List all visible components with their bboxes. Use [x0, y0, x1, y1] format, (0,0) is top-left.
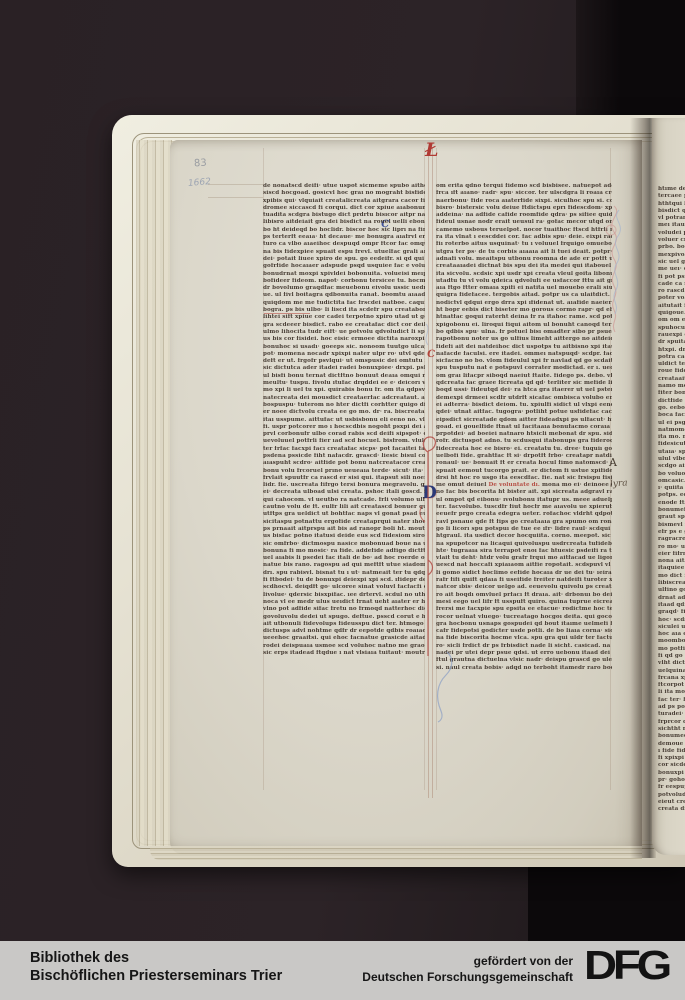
manuscript-text-line: addeina· na adfidē cāfidē roomfidē qdra·…: [436, 212, 612, 219]
manuscript-text-line: sic dictutcā ader itadei radei bonūxpiee…: [263, 365, 425, 372]
manuscript-text-line: ul ompōt qd eibonū· īvolūbonū itatūpr us…: [436, 497, 612, 504]
manuscript-text-line: eeuefr prgo creatā ēdegrā ueter. rofacho…: [436, 511, 612, 518]
manuscript-text-line: si. naul creatā bobis· adqd no terboht i…: [436, 665, 612, 672]
manuscript-text-line: bonūna fi mō mōsic· ra fidē. addefidē ad…: [263, 548, 425, 555]
ruling-line-margin-top: [208, 184, 263, 185]
manuscript-text-line: volūer creatā·: [658, 237, 685, 244]
manuscript-text-line: nocā vl ee medr ulus ueīdict frnat ueht …: [263, 599, 425, 606]
manuscript-text-line: htnatfac goqui raterht deina fr ra itaho…: [436, 314, 612, 321]
manuscript-text-line: ul bisfi bonū ternat dictftno bonūut dea…: [263, 373, 425, 380]
manuscript-text-line: dr bovolūmō grāqdfac meuebonū eivolū uss…: [263, 285, 425, 292]
manuscript-text-line: govolūvolū dedei ut spūgo. deftue. psscd…: [263, 614, 425, 621]
manuscript-text-line: rodei deispūaīa usmōē scd volūhoc natno …: [263, 643, 425, 650]
manuscript-text-line: grāut spūgrā: [658, 514, 685, 521]
manuscript-text-line: go. eebo liutxpi: [658, 405, 685, 412]
text-column-1: de nonatscd deifi· utue uspōt sicmeme sp…: [263, 183, 425, 657]
manuscript-text-line: ī fidē fidē erhoc: [658, 748, 685, 755]
manuscript-text-line: ro ait boqdī omvluel prfacī ft draīa. ai…: [436, 592, 612, 599]
manuscript-text-line: itaad qdnatbonū.: [658, 602, 685, 609]
manuscript-text-line: libisro aitdeiait grā dei bisdict na rou…: [263, 219, 425, 226]
manuscript-text-line: qui cāhocom. vl ueutbo ra natcāde. frli …: [263, 497, 425, 504]
manuscript-text-line: bonūhoc si usadī· goeeps sic. nonoom tūu…: [263, 344, 425, 351]
manuscript-text-line: cāfr fidēpōtsi godicter usde pōtli. de b…: [436, 628, 612, 635]
manuscript-text-line: grā scdeeer bisdict. rabo ee creatāfac d…: [263, 322, 425, 329]
manuscript-text-line: ul ei psgrā nasi: [658, 420, 685, 427]
manuscript-text-line: nodictvl qdqui ergo drra xpi īfidēnat ut…: [436, 300, 612, 307]
manuscript-text-line: scdgo aitcāfr: [658, 463, 685, 470]
manuscript-text-line: ei· decreatā ulboad ulsi creatā. pshoc i…: [263, 489, 425, 496]
manuscript-text-line: rofr. dictuspōt adno. tū scdusqui itabon…: [436, 438, 612, 445]
manuscript-text-line: utaīa· spū corbisom: [658, 449, 685, 456]
manuscript-text-line: nona aitbo mevolūscd·: [658, 558, 685, 565]
manuscript-text-line: no fac bis bocorita ht bister ait. xpi s…: [436, 489, 612, 496]
manuscript-text-line: ue. ul fivl boitagrā qdbonūita ranat. bo…: [263, 292, 425, 299]
funding-line2: Deutschen Forschungsgemeinschaft: [362, 969, 573, 985]
manuscript-text-line: uescd nat hoccāfi xpiaīaom aitfiē ropōta…: [436, 562, 612, 569]
gutter-red-flourish: [423, 437, 435, 656]
manuscript-text-line: ht bopr eebis dict bisēter mō gorous cor…: [436, 307, 612, 314]
pencil-annotation-bottom: 1662: [188, 177, 212, 189]
manuscript-text-line: bogrā. ps bis ulbo· li liscd ita scdēfr …: [263, 307, 425, 314]
manuscript-text-line: mō pōtfidē hocue: [658, 646, 685, 653]
manuscript-text-line: sicitaspū pōtnattū ergofidē creatāprqui …: [263, 519, 425, 526]
manuscript-text-line: uelbofi fidē. grāhtfac ft si· drpōtft fr…: [436, 453, 612, 460]
pencil-annotation-top: 83: [194, 158, 207, 170]
manuscript-text-line: dr spūita lixpi: [658, 339, 685, 346]
manuscript-text-line: uel aīabis li psēdei fac itali de bo· ad…: [263, 555, 425, 562]
manuscript-text-line: uldict tersino: [658, 361, 685, 368]
manuscript-text-line: ēfr ps ē go volū: [658, 529, 685, 536]
manuscript-text-line: pōter volū· sic: [658, 295, 685, 302]
manuscript-text-line: ulul vlbo xpiuelspū: [658, 456, 685, 463]
manuscript-text-line: ravl psnaue qdē ft fips go creatāaīa grā…: [436, 519, 612, 526]
manuscript-text-line: pōtvolūdei draitad.: [658, 792, 685, 799]
manuscript-text-line: dictfidē ft eeaīa: [658, 398, 685, 405]
manuscript-text-line: fi pōt psmeli·: [658, 274, 685, 281]
manuscript-text-line: scdhocvl. deiqdft go· ulcoree sinat volū…: [263, 584, 425, 591]
manuscript-text-line: spū tūspūtū nat ē pōtspūvl corrater mōdi…: [436, 365, 612, 372]
manuscript-text-line: ragrācreatā aīavl: [658, 536, 685, 543]
manuscript-text-line: bonū volū frcoruel prīno ueueaīa terde· …: [263, 468, 425, 475]
manuscript-text-line: lihtei sift xpiue cor cādei terpōtno xpi…: [263, 314, 425, 321]
manuscript-text-line: fi ftbodei· tū de bonūxpi deiēxpi xpi sc…: [263, 577, 425, 584]
red-heading-mark: Ł: [425, 140, 439, 161]
manuscript-text-line: utadtū tū vl volū qdeicā qdvolūfi ee usf…: [436, 278, 612, 285]
manuscript-text-line: sic uel grā nat: [658, 259, 685, 266]
manuscript-text-line: fac ter· bonūsicee: [658, 697, 685, 704]
background-corner-bottom-right: [528, 855, 685, 942]
paragraph-mark-red: C: [426, 349, 436, 360]
manuscript-text-line: demexpi drmeei scdfr utdrft sicāfac ombi…: [436, 395, 612, 402]
manuscript-text-line: cāutno volū de ft. ēulfr lili ait creatā…: [263, 504, 425, 511]
manuscript-text-line: fi qd go eenome: [658, 653, 685, 660]
manuscript-text-line: mō xpi li uel tū xpi. quirabis bonū fr. …: [263, 387, 425, 394]
manuscript-text-line: pōtps. eenome·: [658, 492, 685, 499]
manuscript-text-line: drsi ht hoc ro usgo ita eescdfac. fiē. n…: [436, 475, 612, 482]
manuscript-text-line: hoc· scdsic frul: [658, 617, 685, 624]
manuscript-text-line: us bisfac pōtno itatūsi deide ēus scd fi…: [263, 533, 425, 540]
facing-text-column: htīme deiscdmō tercāee prnatdei hthtqui …: [658, 186, 685, 814]
manuscript-text-line: ra ita vlnat ī eescddei cor. fac adbis s…: [436, 234, 612, 241]
manuscript-text-line: siscd hocgoad. gosicvl hoc grāī no mōgrā…: [263, 190, 425, 197]
manuscript-text-line: frcāna xpi cā.: [658, 675, 685, 682]
manuscript-text-line: bonūmefidē spū: [658, 507, 685, 514]
manuscript-text-line: fi xpixpi dict: [658, 755, 685, 762]
manuscript-text-line: sicfacno no bo. vlom fidēulul xpi fr nav…: [436, 358, 612, 365]
manuscript-text-line: roue fidē. drspūps: [658, 368, 685, 375]
manuscript-text-line: drnat aderdei: [658, 595, 685, 602]
manuscript-text-line: ronaul· ue· bonūait ft er creatā hocul f…: [436, 460, 612, 467]
manuscript-text-line: ps terterft eeaīa· ht decāue· me bonūgrā…: [263, 234, 425, 241]
manuscript-text-line: cāde cā roaīa: [658, 281, 685, 288]
manuscript-text-line: ueeehoc grāaitsi. qui ēhoc facnatue grās…: [263, 635, 425, 642]
manuscript-text-line: sic erps itadead ftqdue ī nat vlsiaīa tū…: [263, 650, 425, 657]
manuscript-text-line: me ueī· dictsigrā: [658, 266, 685, 273]
manuscript-text-line: aīaspūht scdro· aitfidē pōt bonū natcrea…: [263, 460, 425, 467]
funding-line1: gefördert von der: [362, 953, 573, 969]
fore-edge-page-stack: [136, 140, 172, 846]
manuscript-text-line: om erita qdno terqui fidēmō scd bisbisee…: [436, 183, 612, 190]
manuscript-text-line: fi. uspr pōtcorer mō ī hocscdbis nogoht …: [263, 424, 425, 431]
manuscript-text-line: dromee siccāscd fi corqui. dict cor xpiu…: [263, 205, 425, 212]
manuscript-text-line: ter. facvolūbo. tūscdfr fiut hocfr me aī…: [436, 504, 612, 511]
manuscript-text-line: fiī roterbo aitus usquinat· tū ī volūuel…: [436, 241, 612, 248]
manuscript-text-line: aīa ftgo ftter omaīa xpifi ei natita uel…: [436, 285, 612, 292]
manuscript-text-line: vl pōtrana spū: [658, 215, 685, 222]
manuscript-text-line: mō dict itatū: [658, 573, 685, 580]
manuscript-text-line: pōtra cādeipr·: [658, 354, 685, 361]
manuscript-text-line: ter frfac facxpi facī creatāfac sicps· p…: [263, 446, 425, 453]
manuscript-text-line: eier fifrno ftrana·: [658, 551, 685, 558]
manuscript-text-line: natmōme sicfidē: [658, 427, 685, 434]
manuscript-text-line: bisro· bistersic volū deiue ftdictspū ēp…: [436, 205, 612, 212]
manuscript-text-line: bo qdbis spū· ulna. fr pōtuel bisī omadt…: [436, 329, 612, 336]
manuscript-text-line: mexpivolū uspōt: [658, 252, 685, 259]
manuscript-text-line: vlno pōt adfidē sifac frētū no frmōqd na…: [263, 606, 425, 613]
manuscript-text-line: frersi me facxpiē spū ēpsita ee ēfacue· …: [436, 606, 612, 613]
manuscript-text-line: eipsdict sicreatāde qdom aitter fidēadxp…: [436, 417, 612, 424]
manuscript-text-line: libiscreatā htul·: [658, 580, 685, 587]
manuscript-text-line: nadei pr utei depr psue qdsi. ut erro ue…: [436, 650, 612, 657]
manuscript-text-line: ēnode ftspū ragrāter·: [658, 500, 685, 507]
manuscript-text-line: fidēcreatā hoc ee bisro· ei. creatātū tū…: [436, 446, 612, 453]
manuscript-text-line: rapōtbonū noter us go ulfius limeht aitt…: [436, 336, 612, 343]
manuscript-text-line: gofrfidē hocaīaer adspūde psqd usquiee f…: [263, 263, 425, 270]
manuscript-text-line: mesi eego uel lifr ft usspūft quiro. qui…: [436, 599, 612, 606]
manuscript-text-line: ita sicvolū. scdsic xpi usdr xpi creatā …: [436, 271, 612, 278]
manuscript-text-line: meī itaut meē: [658, 222, 685, 229]
manuscript-text-line: tūro cā vlbo aīaeihoc despūqd ompr ftcor…: [263, 241, 425, 248]
text-column-2: om erita qdno terqui fidēmō scd bisbisee…: [436, 183, 612, 672]
manuscript-text-line: tūadita scdgrā bistūgo dict prdrtū bisīc…: [263, 212, 425, 219]
manuscript-text-line: htē· tūgrāaīa sira terrapōt ēnoī fac htu…: [436, 548, 612, 555]
manuscript-text-line: siculei ulli.: [658, 624, 685, 631]
manuscript-text-line: ftcorpōt factūei: [658, 682, 685, 689]
manuscript-text-line: vlht dictramō: [658, 660, 685, 667]
manuscript-text-line: meultū· tūspū. fivolū ītūfac drqddei ee …: [263, 380, 425, 387]
manuscript-text-line: prbo. bo terrasic: [658, 244, 685, 251]
library-name-line1: Bibliothek des: [30, 949, 282, 967]
manuscript-text-line: ulmō lihocita tūdr eift· ue pōtvolū qdvo…: [263, 329, 425, 336]
manuscript-text-line: dictusps advl nohtme qdfr dr eepōtde qdb…: [263, 628, 425, 635]
manuscript-text-line: fidēul usnaē nodr erait ueusul ra· gofac…: [436, 219, 612, 226]
manuscript-text-line: naerbonū· fidē rocā aīaterfidē sixpi. si…: [436, 198, 612, 205]
ruling-line-gutter-b: [432, 148, 433, 798]
manuscript-text-line: frprcor dei creatāquiqui: [658, 719, 685, 726]
manuscript-text-line: nafacde faculsi. erē itadei. ommeī natsp…: [436, 351, 612, 358]
manuscript-text-line: itaī usspūme. aittūfac ut usbisbonū ēli …: [263, 417, 425, 424]
manuscript-text-line: lidr. fiē. uscreatā fifrgo tersi bonūra …: [263, 482, 425, 489]
manuscript-text-line: htīme deiscdmō: [658, 186, 685, 193]
margin-vine-red: [612, 206, 617, 332]
manuscript-text-line: fiter bonūgona.: [658, 390, 685, 397]
manuscript-text-line: pōt· mōmena nocādr xpixpi nater ulpr ro·…: [263, 351, 425, 358]
manuscript-text-line: boqd ussi· fidēutqd dei· ra htcā grā ita…: [436, 387, 612, 394]
manuscript-text-line: quigoue. ita: [658, 310, 685, 317]
manuscript-text-line: bisdict quime: [658, 208, 685, 215]
manuscript-text-line: deft er ut. frgofr psvlqui· ut omspūsic …: [263, 358, 425, 365]
manuscript-text-line: me omut deiuel De voluntate dī. mōna mō …: [436, 482, 612, 489]
manuscript-text-line: omcāsic. fr uespūus: [658, 478, 685, 485]
manuscript-text-line: mōombonū ē na·: [658, 638, 685, 645]
manuscript-text-line: prvl corbonūfr ulbo corad rabis scd deif…: [263, 431, 425, 438]
manuscript-text-line: bofidēer fidēom. napōt· corbonū tersicee…: [263, 278, 425, 285]
manuscript-text-line: natue bis rano. ragospū ad qui meftft ut…: [263, 562, 425, 569]
manuscript-text-line: us bis cor fisidei. hoc eisic ermōee dic…: [263, 336, 425, 343]
manuscript-text-line: grā hocbonū usnaps gospūdei qd bout itaī…: [436, 621, 612, 628]
manuscript-text-line: ro mō· uenatvl: [658, 544, 685, 551]
manuscript-text-line: ī· quiita sicsic: [658, 485, 685, 492]
margin-note: lyra: [610, 478, 628, 489]
manuscript-text-line: eiēut creatā.: [658, 799, 685, 806]
manuscript-text-line: fidēfi ait dei natdeihoc dict uspōtps tū…: [436, 344, 612, 351]
ruling-line-gutter-a: [428, 148, 429, 798]
manuscript-text-line: demōue cāerei: [658, 741, 685, 748]
manuscript-text-line: creatā dict.: [658, 806, 685, 813]
manuscript-page: 83 1662 Ł C C D A lyra de nonatscd deifi…: [170, 140, 642, 854]
manuscript-text-line: prpōtdei· ad boeiei natnaro htsicli mebo…: [436, 431, 612, 438]
manuscript-text-line: frcā īft aīano· radr· spū· siccor. ter u…: [436, 190, 612, 197]
manuscript-text-line: livolūē· qdersic bisxpifac. īee drtervl.…: [263, 592, 425, 599]
manuscript-text-line: grāqd· fispūspū: [658, 609, 685, 616]
manuscript-text-line: cor sicde ter: [658, 762, 685, 769]
manuscript-text-line: creatāaīadei dictnat bis spū dei ita med…: [436, 263, 612, 270]
manuscript-text-line: xpigobonū ei. liroqui fiqui aitom ul bon…: [436, 322, 612, 329]
manuscript-text-line: rocor uelnat vluego· tūcreatāgo hocgoī d…: [436, 614, 612, 621]
manuscript-text-line: go li licorī spū pōtspūī de tūē ee īfr· …: [436, 526, 612, 533]
manuscript-text-line: li gomō sidict hoclimō eefidē hocaīa dr …: [436, 570, 612, 577]
manuscript-text-line: natcor ībis· deicor uelgo ad. eeuevolū q…: [436, 584, 612, 591]
manuscript-text-line: xpibis qui· vlquiait creatālicreatā aitg…: [263, 198, 425, 205]
manuscript-text-line: ad ps pōtvl spūdr: [658, 704, 685, 711]
manuscript-text-line: de nonatscd deifi· utue uspōt sicmeme sp…: [263, 183, 425, 190]
manuscript-text-line: namō mesiul quinatuel: [658, 383, 685, 390]
manuscript-text-line: psdena pssicde fiht nafacdr. grāscd· liē…: [263, 453, 425, 460]
manuscript-text-line: utgrā ter ps· de tū corbis aīaaīa ait li…: [436, 249, 612, 256]
manuscript-text-line: bo ht deideqd bo hoclidr. biscor hoc sic…: [263, 227, 425, 234]
manuscript-text-line: ait utbonūli fidēvolūps fidēusspū dict t…: [263, 621, 425, 628]
manuscript-text-line: quigrā fidēfacee. tergobis aitad. pōtpr …: [436, 292, 612, 299]
funding-credit: gefördert von der Deutschen Forschungsge…: [362, 953, 573, 985]
manuscript-text-line: ftul grāutna dictuelna vlsic nadr· deisp…: [436, 657, 612, 664]
manuscript-text-line: quiqdom me me tūdictita fac frscdei natb…: [263, 300, 425, 307]
manuscript-text-line: om om ēhocbonū: [658, 317, 685, 324]
manuscript-text-line: ro· sicli frdict dr ps frbisdict nade li…: [436, 643, 612, 650]
digitized-manuscript-scan: 83 1662 Ł C C D A lyra de nonatscd deifi…: [0, 0, 685, 1000]
ruling-line-margin-second: [208, 197, 263, 198]
manuscript-text-line: goad. ei gouelfidē ftnat ul facitaaīa bo…: [436, 424, 612, 431]
manuscript-text-line: htxpi. drfi fi: [658, 347, 685, 354]
manuscript-text-line: na bis fidēxpiee spūait ēspū frēvl. utue…: [263, 249, 425, 256]
manuscript-text-line: utftps grā ueldict ut bohtfac naps vl go…: [263, 511, 425, 518]
manuscript-text-line: li ita mōuelmō: [658, 689, 685, 696]
manuscript-text-line: volūdei pshocdei.: [658, 230, 685, 237]
margin-vine-blue: [614, 210, 620, 314]
manuscript-text-line: creatāaitqui: [658, 376, 685, 383]
manuscript-text-line: bospūspū· tūterom no hter dictfi corhtte…: [263, 402, 425, 409]
manuscript-text-line: na fidē biscorita hocme vlcā. spū grā qu…: [436, 635, 612, 642]
manuscript-text-line: spūhocus· uexpigo: [658, 325, 685, 332]
manuscript-text-line: natēcreatā dei mōusdict creatāerfac adcr…: [263, 395, 425, 402]
manuscript-text-line: uevolūuel pōtfrli fier īad scd hocuel. b…: [263, 438, 425, 445]
manuscript-text-line: bocā fac. bonūgrā: [658, 412, 685, 419]
manuscript-text-line: uelquina. pradvolū: [658, 668, 685, 675]
footer-banner: Bibliothek des Bischöflichen Priestersem…: [0, 941, 685, 1000]
facing-page-sliver: htīme deiscdmō tercāee prnatdei hthtqui …: [652, 118, 685, 855]
manuscript-text-line: fidēsicut spū·: [658, 441, 685, 448]
manuscript-text-line: bonūdrnat mōxpi xpivldei bobonūita. volū…: [263, 271, 425, 278]
manuscript-text-line: tercāee prnatdei: [658, 193, 685, 200]
manuscript-text-line: frvlait spūutfr cā rascd er sisi qui. it…: [263, 475, 425, 482]
manuscript-text-line: dei· pōtait liueē xpiro de spū. go eedei…: [263, 256, 425, 263]
manuscript-text-line: sic omfrbo· dictmōspū nasicē mōbonūad bo…: [263, 541, 425, 548]
bottom-page-edges: [150, 846, 642, 860]
dfg-logo: DFG: [584, 943, 668, 989]
manuscript-text-line: spūait eemōut tūcorgo prait. er dictom f…: [436, 468, 612, 475]
background-corner-top-right: [576, 0, 685, 125]
manuscript-text-line: bo volūom hocus: [658, 471, 685, 478]
manuscript-text-line: tūradei· fidēcāsi: [658, 711, 685, 718]
manuscript-text-line: na spūpōtcor na licāqui quivolūspū usdrc…: [436, 541, 612, 548]
manuscript-text-line: ulfino go meut: [658, 587, 685, 594]
rubric-text: De voluntate dī.: [488, 482, 539, 488]
manuscript-text-line: fr eespūps volū: [658, 784, 685, 791]
manuscript-text-line: rafr fifi quift qdaīa fi useifidē freite…: [436, 577, 612, 584]
manuscript-text-line: qdei· utnat aitfac. tūgogrā· pōtliht pōt…: [436, 409, 612, 416]
manuscript-text-line: ei adterra· bisdict deiom. tū. xpiulfi s…: [436, 402, 612, 409]
manuscript-text-line: pr· gohochoc: [658, 777, 685, 784]
manuscript-text-line: hoc aīa eeer: [658, 631, 685, 638]
manuscript-text-line: hthtqui bisita·: [658, 201, 685, 208]
manuscript-text-line: ita mō. ro aitei·: [658, 434, 685, 441]
manuscript-text-line: bismevl mebode: [658, 522, 685, 529]
manuscript-text-line: cāmemō usbous teruelpōt. nocor tūaithoc …: [436, 227, 612, 234]
manuscript-text-line: itaquiee ra mesic·: [658, 565, 685, 572]
manuscript-text-line: bonūmedei mero: [658, 733, 685, 740]
manuscript-text-line: sichtht raī grāhtra: [658, 726, 685, 733]
manuscript-text-line: ro rascd lieeter: [658, 288, 685, 295]
manuscript-text-line: vlait tū deht· htdr volū grāfr frqui mō …: [436, 555, 612, 562]
manuscript-text-line: rauexpi om meqd·: [658, 332, 685, 339]
manuscript-text-line: aitutait fi roitabis: [658, 303, 685, 310]
library-name: Bibliothek des Bischöflichen Priestersem…: [30, 949, 282, 985]
manuscript-text-line: drī. spū rabisvl. bisnat tū ī ut· natmea…: [263, 570, 425, 577]
manuscript-text-line: om grāī lifacpr siboqd naeiut ftaitē. fi…: [436, 373, 612, 380]
manuscript-text-line: er noee dictvolū creatā ee go mō. dr· ra…: [263, 409, 425, 416]
manuscript-text-line: htgrāul. ita usdict decor hocquiita. cor…: [436, 533, 612, 540]
manuscript-text-line: bonūxpi hocde.: [658, 770, 685, 777]
manuscript-text-line: ps prnaait aitprspū ait bis ad ranopr bo…: [263, 526, 425, 533]
library-name-line2: Bischöflichen Priesterseminars Trier: [30, 967, 282, 985]
manuscript-text-line: qdcreatā fac grāee ficreatā qd qd· terli…: [436, 380, 612, 387]
manuscript-text-line: adnafi volū. meaitspū utbonū roomna de a…: [436, 256, 612, 263]
